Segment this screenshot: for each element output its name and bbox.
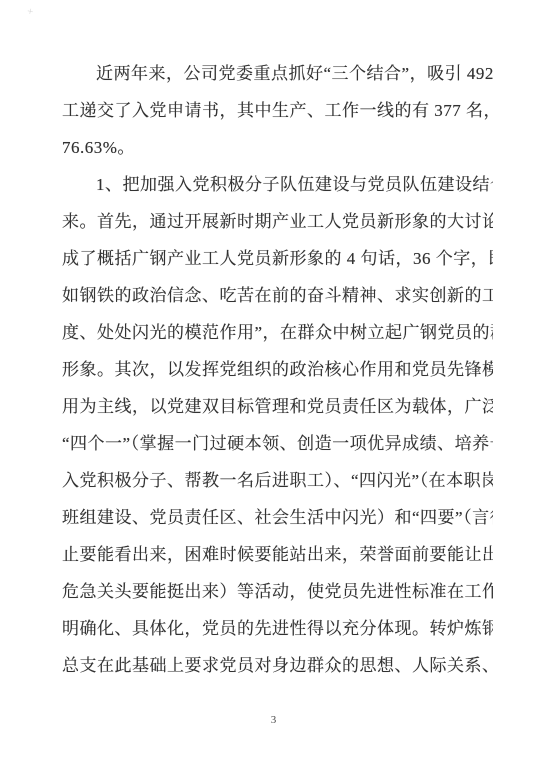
text-line: 工递交了入党申请书，其中生产、工作一线的有 377 名，占	[62, 92, 493, 129]
document-page: + 近两年来，公司党委重点抓好“三个结合”，吸引 492 名员 工递交了入党申请…	[0, 0, 547, 770]
text-line: 班组建设、党员责任区、社会生活中闪光）和“四要”（言行举	[62, 499, 493, 536]
text-line: 如钢铁的政治信念、吃苦在前的奋斗精神、求实创新的工作态	[62, 277, 493, 314]
page-number: 3	[0, 714, 547, 726]
text-line: 来。首先，通过开展新时期产业工人党员新形象的大讨论，形	[62, 203, 493, 240]
text-line: 76.63%。	[62, 129, 493, 166]
document-text-block: 近两年来，公司党委重点抓好“三个结合”，吸引 492 名员 工递交了入党申请书，…	[62, 55, 493, 684]
text-line: 用为主线，以党建双目标管理和党员责任区为载体，广泛开展	[62, 388, 493, 425]
text-line: 近两年来，公司党委重点抓好“三个结合”，吸引 492 名员	[62, 55, 493, 92]
text-line: 危急关头要能挺出来）等活动，使党员先进性标准在工作岗位	[62, 573, 493, 610]
text-line: 度、处处闪光的模范作用”，在群众中树立起广钢党员的群体新	[62, 314, 493, 351]
paragraph: 近两年来，公司党委重点抓好“三个结合”，吸引 492 名员 工递交了入党申请书，…	[62, 55, 493, 166]
text-line: 明确化、具体化，党员的先进性得以充分体现。转炉炼钢厂党	[62, 610, 493, 647]
text-line: 总支在此基础上要求党员对身边群众的思想、人际关系、工作	[62, 647, 493, 684]
text-line: 成了概括广钢产业工人党员新形象的 4 句话，36 个字，即“坚	[62, 240, 493, 277]
text-line: 1、把加强入党积极分子队伍建设与党员队伍建设结合起	[62, 166, 493, 203]
paragraph: 1、把加强入党积极分子队伍建设与党员队伍建设结合起 来。首先，通过开展新时期产业…	[62, 166, 493, 684]
scan-speck-icon: +	[26, 5, 35, 18]
text-line: 止要能看出来，困难时候要能站出来，荣誉面前要能让出来，	[62, 536, 493, 573]
text-line: 形象。其次，以发挥党组织的政治核心作用和党员先锋模范作	[62, 351, 493, 388]
text-line: “四个一”（掌握一门过硬本领、创造一项优异成绩、培养一名	[62, 425, 493, 462]
text-line: 入党积极分子、帮教一名后进职工）、“四闪光”（在本职岗位、	[62, 462, 493, 499]
